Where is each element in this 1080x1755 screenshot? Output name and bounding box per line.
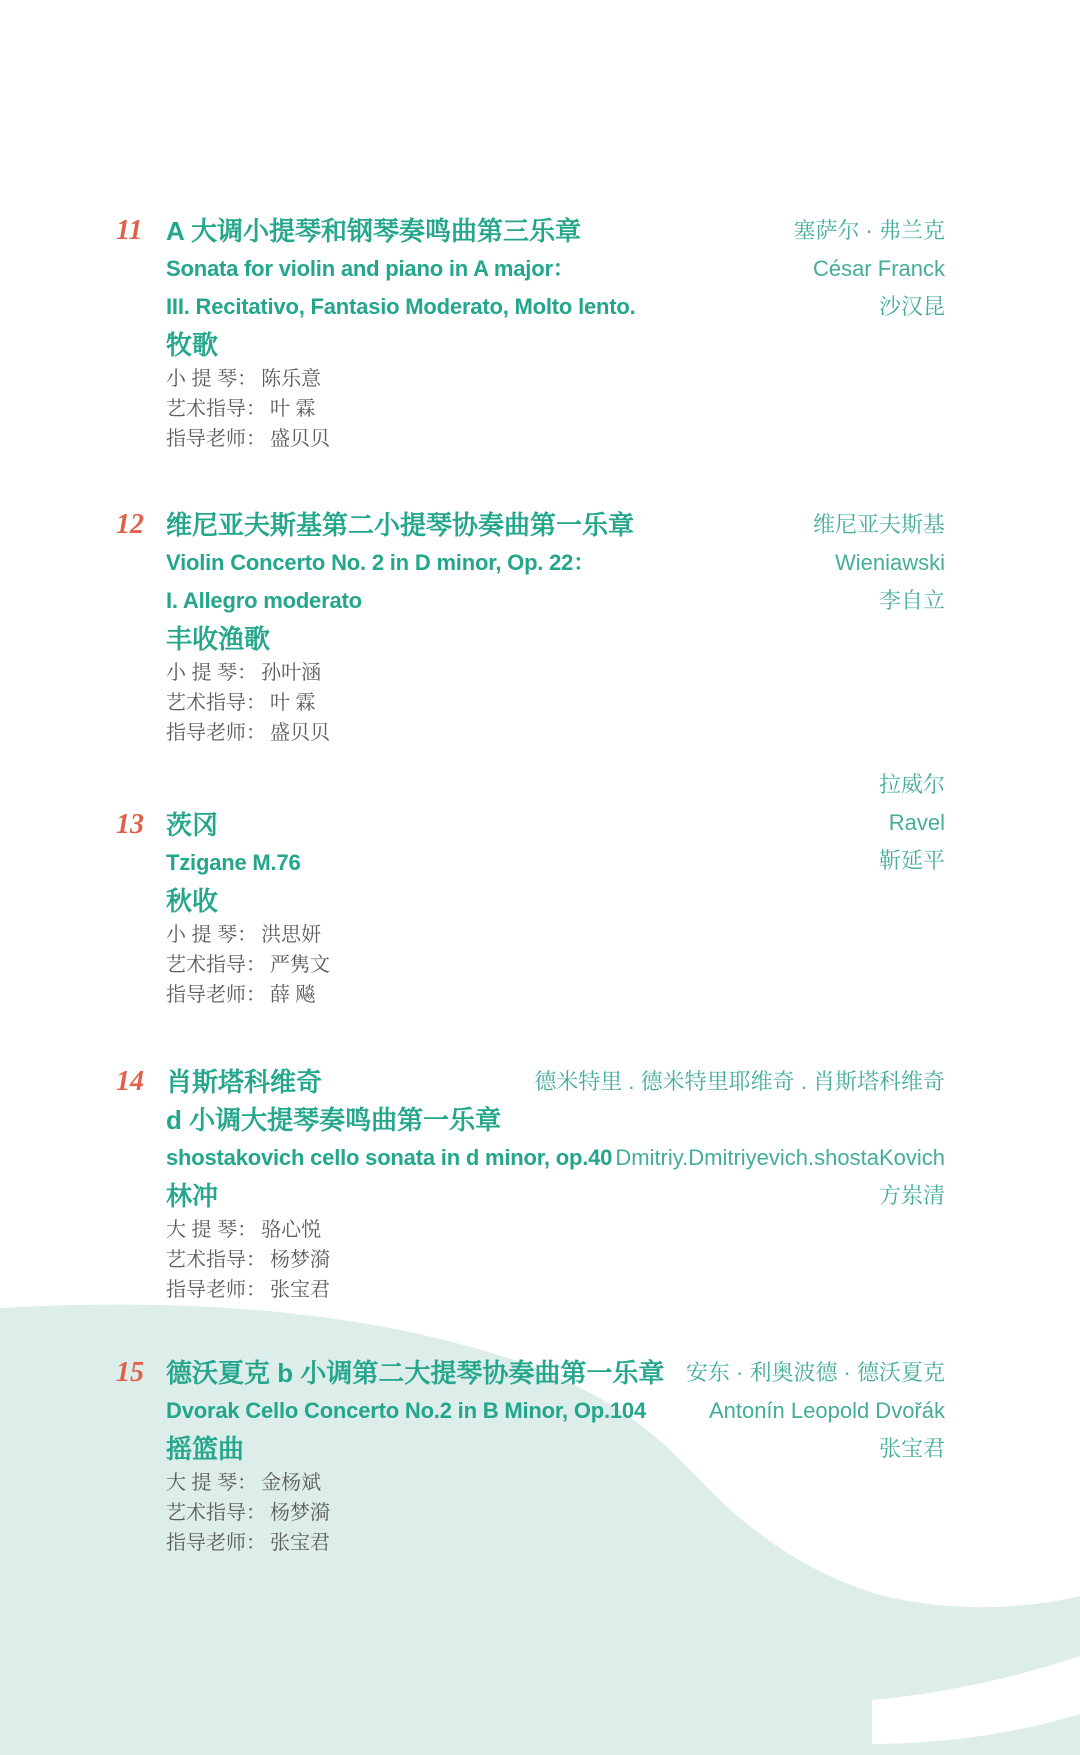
credit-name: 杨梦漪 bbox=[270, 1502, 330, 1524]
credit-role: 艺术指导 bbox=[166, 954, 246, 976]
credit-colon: ： bbox=[246, 1502, 266, 1524]
credit-role: 艺术指导 bbox=[166, 398, 246, 420]
composer-name-zh: 拉威尔 bbox=[879, 766, 945, 804]
credit-name: 陈乐意 bbox=[261, 368, 321, 390]
credit-line: 指导老师：盛贝贝 bbox=[166, 424, 636, 454]
title-line-en: Tzigane M.76 bbox=[166, 844, 330, 882]
entry-left-column: 茨冈 Tzigane M.76 秋收 小 提 琴：洪思妍 艺术指导：严隽文 指导… bbox=[166, 806, 330, 1010]
title-line-zh: d 小调大提琴奏鸣曲第一乐章 bbox=[166, 1101, 612, 1139]
credit-name: 金杨斌 bbox=[261, 1472, 321, 1494]
credit-line: 大 提 琴：骆心悦 bbox=[166, 1215, 612, 1245]
credit-line: 指导老师：薛 飚 bbox=[166, 980, 330, 1010]
credit-line: 指导老师：张宝君 bbox=[166, 1275, 612, 1305]
title-line-zh: A 大调小提琴和钢琴奏鸣曲第三乐章 bbox=[166, 212, 636, 250]
composer-name-zh: 维尼亚夫斯基 bbox=[813, 506, 945, 544]
credit-colon: ： bbox=[246, 1532, 266, 1554]
piece-name: 秋收 bbox=[166, 882, 330, 920]
credit-colon: ： bbox=[237, 1472, 257, 1494]
composer-name-zh: 德米特里 . 德米特里耶维奇 . 肖斯塔科维奇 bbox=[534, 1063, 945, 1101]
credit-colon: ： bbox=[246, 984, 266, 1006]
credit-role: 大 提 琴 bbox=[166, 1472, 237, 1494]
credit-colon: ： bbox=[237, 924, 257, 946]
credit-name: 叶 霖 bbox=[270, 398, 316, 420]
credit-role: 小 提 琴 bbox=[166, 662, 237, 684]
credit-line: 大 提 琴：金杨斌 bbox=[166, 1468, 664, 1498]
credit-line: 艺术指导：杨梦漪 bbox=[166, 1245, 612, 1275]
credit-line: 指导老师：张宝君 bbox=[166, 1528, 664, 1558]
credits: 大 提 琴：骆心悦 艺术指导：杨梦漪 指导老师：张宝君 bbox=[166, 1215, 612, 1305]
entry-number: 15 bbox=[116, 1356, 144, 1390]
credit-line: 小 提 琴：孙叶涵 bbox=[166, 658, 634, 688]
title-line-en: shostakovich cello sonata in d minor, op… bbox=[166, 1139, 612, 1177]
credit-role: 艺术指导 bbox=[166, 692, 246, 714]
credit-colon: ： bbox=[246, 428, 266, 450]
credit-role: 指导老师 bbox=[166, 984, 246, 1006]
credit-role: 指导老师 bbox=[166, 1532, 246, 1554]
credits: 小 提 琴：孙叶涵 艺术指导：叶 霖 指导老师：盛贝贝 bbox=[166, 658, 634, 748]
credit-line: 小 提 琴：陈乐意 bbox=[166, 364, 636, 394]
title-line-zh: 茨冈 bbox=[166, 806, 330, 844]
entry-left-column: 德沃夏克 b 小调第二大提琴协奏曲第一乐章 Dvorak Cello Conce… bbox=[166, 1354, 664, 1558]
arranger-name: 张宝君 bbox=[879, 1430, 945, 1468]
title-line-en: Dvorak Cello Concerto No.2 in B Minor, O… bbox=[166, 1392, 664, 1430]
credit-name: 骆心悦 bbox=[261, 1219, 321, 1241]
entry-number: 12 bbox=[116, 508, 144, 542]
credit-line: 指导老师：盛贝贝 bbox=[166, 718, 634, 748]
credit-role: 指导老师 bbox=[166, 722, 246, 744]
credits: 小 提 琴：洪思妍 艺术指导：严隽文 指导老师：薛 飚 bbox=[166, 920, 330, 1010]
piece-name: 丰收渔歌 bbox=[166, 620, 634, 658]
credit-colon: ： bbox=[237, 368, 257, 390]
composer-name-en: Ravel bbox=[889, 804, 945, 842]
composer-name-zh: 安东 · 利奥波德 · 德沃夏克 bbox=[686, 1354, 945, 1392]
title-line-en: III. Recitativo, Fantasio Moderato, Molt… bbox=[166, 288, 636, 326]
credits: 大 提 琴：金杨斌 艺术指导：杨梦漪 指导老师：张宝君 bbox=[166, 1468, 664, 1558]
entry-left-column: 维尼亚夫斯基第二小提琴协奏曲第一乐章 Violin Concerto No. 2… bbox=[166, 506, 634, 748]
credit-line: 艺术指导：严隽文 bbox=[166, 950, 330, 980]
credit-colon: ： bbox=[246, 1249, 266, 1271]
piece-name: 林冲 bbox=[166, 1177, 612, 1215]
credit-colon: ： bbox=[246, 692, 266, 714]
credit-name: 张宝君 bbox=[270, 1532, 330, 1554]
piece-name: 摇篮曲 bbox=[166, 1430, 664, 1468]
title-line-zh: 德沃夏克 b 小调第二大提琴协奏曲第一乐章 bbox=[166, 1354, 664, 1392]
composer-name-zh: 塞萨尔 · 弗兰克 bbox=[793, 212, 945, 250]
credit-name: 张宝君 bbox=[270, 1279, 330, 1301]
composer-name-en: César Franck bbox=[813, 250, 945, 288]
credit-role: 指导老师 bbox=[166, 428, 246, 450]
credit-name: 叶 霖 bbox=[270, 692, 316, 714]
composer-name-en: Dmitriy.Dmitriyevich.shostaKovich bbox=[615, 1139, 945, 1177]
credit-colon: ： bbox=[246, 398, 266, 420]
composer-name-en: Antonín Leopold Dvořák bbox=[709, 1392, 945, 1430]
credit-name: 盛贝贝 bbox=[270, 428, 330, 450]
credit-role: 小 提 琴 bbox=[166, 368, 237, 390]
credit-role: 艺术指导 bbox=[166, 1502, 246, 1524]
credit-line: 艺术指导：杨梦漪 bbox=[166, 1498, 664, 1528]
entry-number: 13 bbox=[116, 808, 144, 842]
credits: 小 提 琴：陈乐意 艺术指导：叶 霖 指导老师：盛贝贝 bbox=[166, 364, 636, 454]
arranger-name: 靳延平 bbox=[879, 842, 945, 880]
credit-line: 艺术指导：叶 霖 bbox=[166, 688, 634, 718]
title-line-zh: 维尼亚夫斯基第二小提琴协奏曲第一乐章 bbox=[166, 506, 634, 544]
credit-colon: ： bbox=[246, 1279, 266, 1301]
arranger-name: 李自立 bbox=[879, 582, 945, 620]
credit-name: 薛 飚 bbox=[270, 984, 316, 1006]
credit-colon: ： bbox=[237, 1219, 257, 1241]
credit-colon: ： bbox=[246, 722, 266, 744]
arranger-name: 方岽清 bbox=[879, 1177, 945, 1215]
entry-number: 14 bbox=[116, 1065, 144, 1099]
credit-role: 小 提 琴 bbox=[166, 924, 237, 946]
credit-name: 洪思妍 bbox=[261, 924, 321, 946]
credit-name: 杨梦漪 bbox=[270, 1249, 330, 1271]
credit-role: 大 提 琴 bbox=[166, 1219, 237, 1241]
credit-colon: ： bbox=[237, 662, 257, 684]
entry-left-column: A 大调小提琴和钢琴奏鸣曲第三乐章 Sonata for violin and … bbox=[166, 212, 636, 454]
composer-name-en: Wieniawski bbox=[835, 544, 945, 582]
credit-line: 艺术指导：叶 霖 bbox=[166, 394, 636, 424]
credit-colon: ： bbox=[246, 954, 266, 976]
title-line-en: I. Allegro moderato bbox=[166, 582, 634, 620]
program-list: 11 A 大调小提琴和钢琴奏鸣曲第三乐章 Sonata for violin a… bbox=[0, 0, 1080, 1755]
entry-number: 11 bbox=[116, 214, 142, 248]
credit-role: 艺术指导 bbox=[166, 1249, 246, 1271]
arranger-name: 沙汉昆 bbox=[879, 288, 945, 326]
credit-name: 严隽文 bbox=[270, 954, 330, 976]
credit-name: 盛贝贝 bbox=[270, 722, 330, 744]
piece-name: 牧歌 bbox=[166, 326, 636, 364]
credit-role: 指导老师 bbox=[166, 1279, 246, 1301]
title-line-en: Violin Concerto No. 2 in D minor, Op. 22… bbox=[166, 544, 634, 582]
concert-program-page: 11 A 大调小提琴和钢琴奏鸣曲第三乐章 Sonata for violin a… bbox=[0, 0, 1080, 1755]
credit-name: 孙叶涵 bbox=[261, 662, 321, 684]
title-line-en: Sonata for violin and piano in A major： bbox=[166, 250, 636, 288]
credit-line: 小 提 琴：洪思妍 bbox=[166, 920, 330, 950]
